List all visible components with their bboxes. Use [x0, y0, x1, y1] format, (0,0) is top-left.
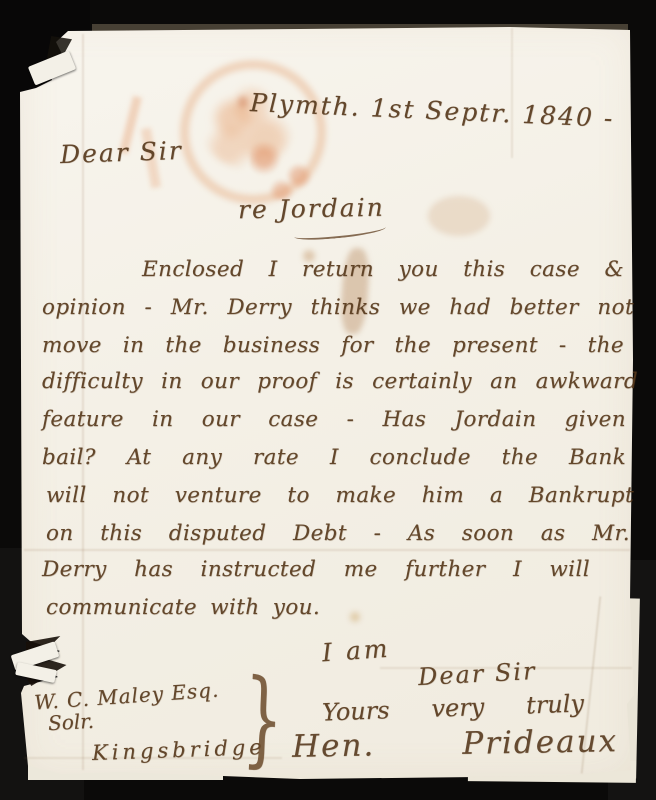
body-line: opinion - Mr. Derry thinks we had better…: [42, 295, 634, 320]
body-line: will not venture to make him a Bankrupt: [46, 483, 634, 508]
foxing-spot: [350, 612, 360, 622]
subject-line: re Jordain: [238, 193, 385, 225]
body-line: move in the business for the present - t…: [42, 333, 624, 358]
postmark-smudge: [250, 140, 320, 200]
address-title: Solr.: [47, 709, 94, 735]
body-line: feature in our case - Has Jordain given: [42, 407, 626, 432]
signature: Hen. Prideaux: [292, 723, 619, 765]
body-line: on this disputed Debt - As soon as Mr.: [46, 521, 630, 546]
body-line: bail? At any rate I conclude the Bank: [42, 445, 626, 470]
address-brace: }: [241, 664, 285, 772]
horizontal-fold-crease-middle: [24, 549, 630, 551]
foxing-spot: [238, 96, 248, 108]
photo-of-letter: Plymth. 1st Septr. 1840 - Dear Sir re Jo…: [0, 0, 656, 800]
vertical-fold-crease-right: [511, 28, 513, 158]
paper-stain: [428, 196, 490, 236]
body-line: difficulty in our proof is certainly an …: [42, 369, 638, 394]
closing-i-am: I am: [321, 634, 391, 668]
salutation: Dear Sir: [60, 136, 184, 169]
body-line: communicate with you.: [46, 595, 320, 620]
body-line: Enclosed I return you this case &: [142, 257, 624, 282]
body-line: Derry has instructed me further I will: [42, 557, 590, 582]
